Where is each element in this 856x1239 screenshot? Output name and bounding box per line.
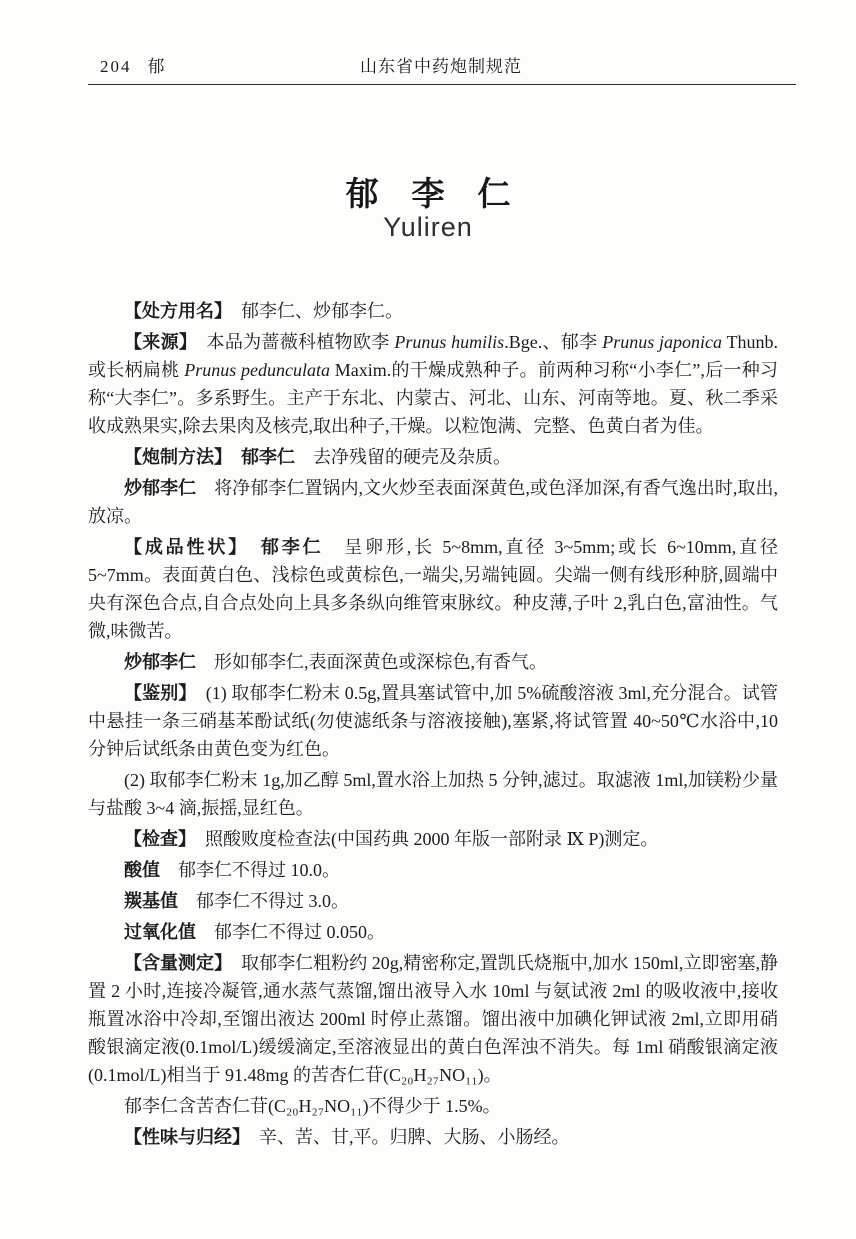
section-label: 过氧化值	[124, 922, 196, 942]
section-label: 羰基值	[124, 891, 178, 911]
section-label: 郁李仁	[241, 447, 295, 467]
section-label: 【鉴别】	[124, 683, 188, 703]
text-run: 辛、苦、甘,平。归脾、大肠、小肠经。	[241, 1127, 570, 1147]
section-label: 【炮制方法】	[124, 447, 223, 467]
text-run: (1) 取郁李仁粉末 0.5g,置具塞试管中,加 5%硫酸溶液 3ml,充分混合…	[88, 683, 778, 759]
header-divider	[88, 84, 796, 85]
para-amygdalin-content: 郁李仁含苦杏仁苷(C₂₀H₂₇NO₁₁)不得少于 1.5%。	[88, 1092, 778, 1120]
para-taste-meridian: 【性味与归经】 辛、苦、甘,平。归脾、大肠、小肠经。	[88, 1123, 778, 1151]
text-run: 照酸败度检查法(中国药典 2000 年版一部附录 Ⅸ P)测定。	[187, 829, 658, 849]
section-label: 【成品性状】	[124, 537, 240, 557]
para-assay: 【含量测定】 取郁李仁粗粉约 20g,精密称定,置凯氏烧瓶中,加水 150ml,…	[88, 949, 778, 1089]
page-title-pinyin: Yuliren	[0, 212, 856, 243]
section-label: 炒郁李仁	[124, 652, 196, 672]
text-run	[223, 447, 241, 467]
para-processing-method: 【炮制方法】 郁李仁 去净残留的硬壳及杂质。	[88, 443, 778, 471]
para-identification-1: 【鉴别】 (1) 取郁李仁粉末 0.5g,置具塞试管中,加 5%硫酸溶液 3ml…	[88, 679, 778, 763]
latin-binomial: Prunus pedunculata	[184, 360, 330, 380]
para-source: 【来源】 本品为蔷薇科植物欧李 Prunus humilis.Bge.、郁李 P…	[88, 328, 778, 440]
text-run: (2) 取郁李仁粉末 1g,加乙醇 5ml,置水浴上加热 5 分钟,滤过。取滤液…	[88, 770, 778, 818]
text-run: 郁李仁不得过 0.050。	[196, 922, 385, 942]
para-prescription-names: 【处方用名】 郁李仁、炒郁李仁。	[88, 297, 778, 325]
text-run: 去净残留的硬壳及杂质。	[295, 447, 511, 467]
running-header: 204郁 山东省中药炮制规范	[88, 52, 794, 76]
section-label: 【来源】	[124, 332, 188, 352]
section-label: 郁李仁	[261, 537, 324, 557]
para-identification-2: (2) 取郁李仁粉末 1g,加乙醇 5ml,置水浴上加热 5 分钟,滤过。取滤液…	[88, 766, 778, 822]
section-label: 酸值	[124, 860, 160, 880]
para-inspection: 【检查】 照酸败度检查法(中国药典 2000 年版一部附录 Ⅸ P)测定。	[88, 825, 778, 853]
section-label: 【检查】	[124, 829, 187, 849]
section-label: 【性味与归经】	[124, 1127, 241, 1147]
para-acid-value: 酸值 郁李仁不得过 10.0。	[88, 856, 778, 884]
text-run	[240, 537, 261, 557]
page-title: 郁 李 仁	[0, 168, 856, 215]
para-fried-yuliren-method: 炒郁李仁 将净郁李仁置锅内,文火炒至表面深黄色,或色泽加深,有香气逸出时,取出,…	[88, 474, 778, 530]
text-run: 郁李仁不得过 10.0。	[160, 860, 340, 880]
section-label: 炒郁李仁	[124, 478, 196, 498]
para-fried-yuliren-characters: 炒郁李仁 形如郁李仁,表面深黄色或深棕色,有香气。	[88, 648, 778, 676]
latin-binomial: Prunus japonica	[602, 332, 722, 352]
latin-binomial: Prunus humilis	[394, 332, 504, 352]
section-label: 【含量测定】	[124, 953, 223, 973]
text-run: .Bge.、郁李	[504, 332, 602, 352]
text-run: 郁李仁不得过 3.0。	[178, 891, 349, 911]
para-peroxide-value: 过氧化值 郁李仁不得过 0.050。	[88, 918, 778, 946]
para-product-characters: 【成品性状】 郁李仁 呈卵形,长 5~8mm,直径 3~5mm;或长 6~10m…	[88, 533, 778, 645]
text-run: 形如郁李仁,表面深黄色或深棕色,有香气。	[196, 652, 547, 672]
text-run: 郁李仁含苦杏仁苷(C₂₀H₂₇NO₁₁)不得少于 1.5%。	[124, 1096, 501, 1116]
para-carbonyl-value: 羰基值 郁李仁不得过 3.0。	[88, 887, 778, 915]
section-label: 【处方用名】	[124, 301, 223, 321]
book-title: 山东省中药炮制规范	[88, 52, 794, 77]
text-run: 本品为蔷薇科植物欧李	[188, 332, 394, 352]
book-page: 204郁 山东省中药炮制规范 郁 李 仁 Yuliren 【处方用名】 郁李仁、…	[0, 0, 856, 1239]
body-content: 【处方用名】 郁李仁、炒郁李仁。 【来源】 本品为蔷薇科植物欧李 Prunus …	[88, 294, 778, 1151]
text-run: 郁李仁、炒郁李仁。	[223, 301, 403, 321]
